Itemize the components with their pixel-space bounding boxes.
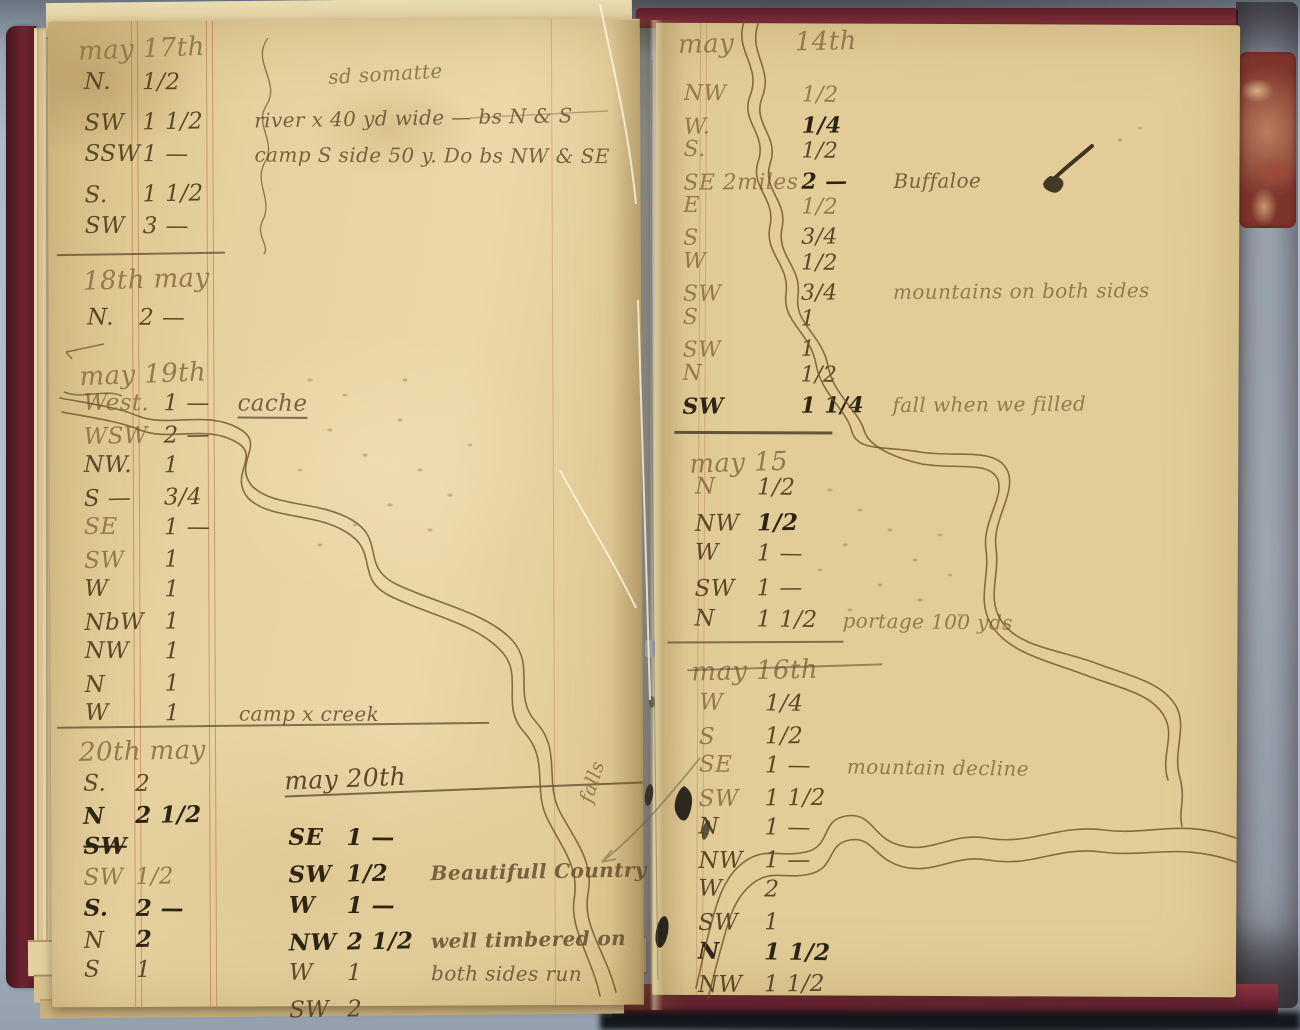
distance: 1	[136, 957, 206, 983]
distance: 1 1/2	[756, 606, 842, 633]
entry-note: fall when we filled	[892, 392, 1086, 418]
entry-row: SSW1 —camp S side 50 y. Do bs NW & SE	[84, 141, 609, 179]
direction: W	[699, 689, 765, 716]
entry-row: West.1 —cache	[83, 390, 377, 422]
direction: S.	[83, 771, 135, 797]
distance: 1 —	[164, 514, 238, 540]
entry-row: SE1 —	[288, 824, 646, 860]
distance: 1/2	[801, 250, 893, 276]
section-heading: may 15	[689, 434, 1190, 479]
direction: NW.	[84, 452, 164, 478]
entry-row: N2 1/2	[83, 801, 205, 834]
distance: 1/2	[346, 859, 430, 887]
direction: NW	[684, 81, 802, 108]
direction: E	[683, 193, 801, 220]
direction: SW	[288, 860, 346, 888]
direction: NW	[85, 638, 165, 664]
distance: 1	[764, 909, 846, 936]
entry-row: NbW1	[84, 605, 379, 641]
distance: 1	[164, 452, 238, 478]
distance: 1	[164, 576, 238, 602]
entry-row: SE1 —mountain decline	[699, 751, 1030, 786]
direction: S	[683, 225, 801, 251]
entry-row: W1	[84, 576, 378, 608]
direction: SW	[83, 864, 135, 891]
distance: 1/2	[801, 194, 893, 220]
distance: 2 1/2	[347, 927, 431, 955]
direction: WSW	[83, 423, 163, 450]
entry-row: S —3/4	[84, 481, 379, 517]
entry-row: S.2	[83, 771, 205, 803]
entry-row: W1/4	[699, 689, 1030, 724]
journal-page-right: may 14th NW1/2 W.1/4 S.1/2 SE 2miles2 —B…	[652, 23, 1240, 998]
entry-row: NW.1	[84, 452, 378, 484]
direction: SW	[695, 575, 757, 601]
distance: 1 1/2	[142, 108, 254, 136]
direction: S —	[84, 485, 164, 512]
entry-note: both sides run	[431, 961, 582, 986]
distance: 2	[135, 771, 205, 797]
entry-row: SW	[83, 833, 205, 865]
entry-row: S.1 1/2	[84, 174, 610, 219]
direction: W	[683, 249, 801, 276]
entry-section-may-18: 18th may N.2 —	[83, 265, 210, 296]
entry-row: N2	[84, 925, 206, 958]
entry-note: cache	[237, 391, 307, 419]
entry-row: NW1 —	[698, 845, 1028, 879]
direction: S.	[683, 137, 801, 164]
direction: W	[695, 540, 757, 567]
distance: 1 —	[163, 390, 237, 416]
entry-note: Beautifull Country	[430, 858, 647, 886]
entry-row: W1 —	[289, 892, 647, 928]
journal-page-left: may 17th sd somatte N.1/2 SW1 1/2river x…	[48, 19, 644, 1008]
direction: W	[289, 960, 347, 986]
distance: 3/4	[164, 483, 238, 510]
entry-row: NW2 1/2well timbered on	[289, 924, 648, 964]
direction-crossed-out: SW	[83, 833, 135, 860]
direction: S	[683, 305, 801, 332]
distance: 1 1/2	[142, 180, 254, 208]
distance: 1 1/4	[800, 392, 892, 419]
entry-section-may-14: may 14th NW1/2 W.1/4 S.1/2 SE 2miles2 —B…	[678, 23, 1223, 55]
distance: 1 1/2	[765, 785, 847, 812]
direction: N	[682, 361, 800, 388]
distance: 2	[347, 995, 431, 1022]
distance: 3/4	[801, 280, 893, 306]
distance: 1/2	[142, 69, 254, 95]
direction: W	[84, 576, 164, 602]
distance: 1 —	[765, 752, 847, 779]
distance: 1/2	[800, 362, 892, 388]
distance: 1/2	[757, 509, 843, 537]
entry-note: Buffaloe	[893, 168, 981, 193]
distance: 1/2	[801, 138, 893, 164]
entry-row: SW1 1/4fall when we filled	[682, 390, 1149, 422]
entry-row: SE1 —	[84, 514, 378, 546]
entry-row: NW1 1/2	[698, 969, 1028, 1003]
direction: SE	[288, 824, 346, 851]
distance: 1 —	[347, 892, 431, 919]
distance: 1	[165, 669, 239, 696]
entry-row: W1 —	[695, 540, 1014, 577]
distance: 1/4	[765, 690, 847, 717]
direction: SW	[698, 909, 764, 936]
distance: 1 —	[764, 814, 846, 841]
direction: N	[695, 474, 757, 501]
section-heading: 18th may	[83, 263, 210, 297]
direction: W	[85, 700, 165, 726]
distance: 1	[801, 336, 893, 362]
direction: SW	[85, 213, 143, 239]
direction: N	[85, 671, 165, 698]
distance: 3/4	[801, 224, 893, 250]
distance: 2 —	[163, 421, 237, 448]
entry-row: SW1 1/2	[699, 783, 1029, 817]
entry-row: N1	[85, 667, 380, 703]
distance: 1 1/2	[764, 971, 846, 998]
distance: 2 —	[139, 305, 229, 331]
direction: SE	[84, 514, 164, 540]
entry-row: NW1/2	[695, 507, 1014, 542]
entry-section-may-15: may 15 N1/2 NW1/2 W1 — SW1 — N1 1/2porta…	[689, 441, 1189, 473]
distance: 1 —	[764, 847, 846, 874]
entry-row: S1	[84, 957, 206, 989]
entry-row: SW1 1/2river x 40 yd wide — bs N & S	[84, 102, 610, 147]
worn-leather-corner	[1239, 52, 1296, 228]
direction: SW	[699, 785, 765, 812]
direction: N	[698, 937, 764, 965]
entry-note: mountain decline	[847, 754, 1029, 780]
entry-row: W1both sides run	[289, 960, 647, 996]
distance: 1 —	[757, 540, 843, 567]
entry-note: portage 100 yds	[842, 608, 1013, 634]
direction: West.	[83, 390, 163, 416]
section-divider-line	[667, 641, 843, 644]
distance: 1	[164, 607, 238, 634]
entry-row: N1/2	[695, 474, 1014, 511]
direction: W.	[684, 114, 802, 140]
entry-section-may-16: may 16th W1/4 S1/2 SE1 —mountain decline…	[691, 651, 1191, 683]
distance: 1/2	[135, 863, 205, 890]
section-heading: may 14th	[678, 18, 1224, 60]
distance: 2 1/2	[135, 801, 205, 829]
direction: W	[289, 892, 347, 919]
entry-row: SW1/2Beautifull Country	[288, 856, 647, 896]
entry-section-may-19: may 19th West.1 —cache WSW2 — NW.1 S —3/…	[79, 351, 599, 383]
entry-row: SW3 —	[85, 213, 610, 251]
direction: N.	[84, 69, 142, 95]
entry-row: N.2 —	[87, 305, 229, 342]
direction: N.	[87, 305, 139, 331]
direction: SW	[84, 547, 164, 574]
distance: 1/4	[802, 112, 894, 139]
entry-note: river x 40 yd wide — bs N & S	[254, 103, 573, 132]
section-heading: may 17th	[78, 15, 627, 66]
direction: N	[698, 813, 764, 840]
entry-section-may-17: may 17th sd somatte N.1/2 SW1 1/2river x…	[78, 25, 626, 57]
direction: NW	[695, 510, 757, 536]
direction: SE	[699, 751, 765, 778]
entry-row: S.2 —	[84, 895, 206, 927]
distance: 2 —	[801, 168, 893, 195]
distance: 1	[165, 700, 239, 726]
distance: 1	[164, 545, 238, 572]
distance: 1 —	[142, 141, 254, 167]
book-shadow	[600, 1012, 1300, 1030]
distance: 3 —	[143, 213, 255, 239]
entry-row: N1 —	[698, 813, 1029, 848]
entry-row: NW1	[85, 638, 379, 670]
direction: SW	[683, 281, 801, 307]
distance: 1	[347, 960, 431, 986]
direction: S.	[84, 895, 136, 922]
direction: SW	[683, 337, 801, 363]
distance: 1 —	[346, 824, 430, 851]
distance: 1	[165, 638, 239, 664]
book-cover-left-edge	[6, 26, 36, 988]
entry-note: camp S side 50 y. Do bs NW & SE	[254, 143, 609, 169]
distance: 1 —	[757, 575, 843, 602]
direction: SW	[289, 996, 347, 1023]
distance: 1/2	[802, 82, 894, 108]
entry-row: W2	[698, 875, 1029, 910]
direction: SW	[84, 109, 142, 136]
direction: S	[84, 957, 136, 983]
entry-row: SW1 —	[695, 573, 1014, 608]
direction: NW	[698, 847, 764, 874]
direction: SSW	[84, 141, 142, 167]
entry-row: SW1	[698, 907, 1028, 941]
direction: S	[699, 723, 765, 750]
entry-section-may-20: 20th may S.2 N2 1/2 SW SW1/2 S.2 — N2 S1…	[79, 731, 619, 763]
direction: N	[694, 606, 756, 633]
distance: 1	[801, 306, 893, 332]
distance: 1 1/2	[764, 938, 846, 966]
direction: SE 2miles	[683, 170, 801, 196]
entry-row: SW1/2	[83, 863, 205, 896]
entry-row: SW2	[289, 992, 648, 1030]
distance: 1/2	[757, 474, 843, 501]
distance: 2	[136, 925, 206, 953]
direction: N	[83, 802, 135, 830]
entry-note: well timbered on	[431, 926, 627, 953]
entry-row: WSW2 —	[83, 419, 378, 455]
direction: N	[84, 927, 136, 954]
section-divider-line	[57, 252, 225, 256]
distance: 1/2	[765, 723, 847, 750]
direction: SW	[682, 393, 800, 420]
entry-row: S1/2	[699, 721, 1029, 755]
distance: 2 —	[136, 895, 206, 922]
distance: 2	[764, 876, 846, 903]
direction: W	[698, 875, 764, 902]
entry-row: SW1	[84, 543, 379, 579]
entry-row: N1 1/2	[698, 937, 1029, 972]
direction: S.	[84, 181, 142, 208]
entry-note: mountains on both sides	[893, 278, 1150, 304]
entry-row: N1 1/2portage 100 yds	[694, 606, 1013, 643]
direction: NW	[698, 971, 764, 998]
direction: NW	[289, 928, 347, 956]
section-heading: may 19th	[79, 342, 600, 392]
entry-row: N.1/2	[84, 69, 609, 107]
direction: NbW	[84, 609, 164, 636]
